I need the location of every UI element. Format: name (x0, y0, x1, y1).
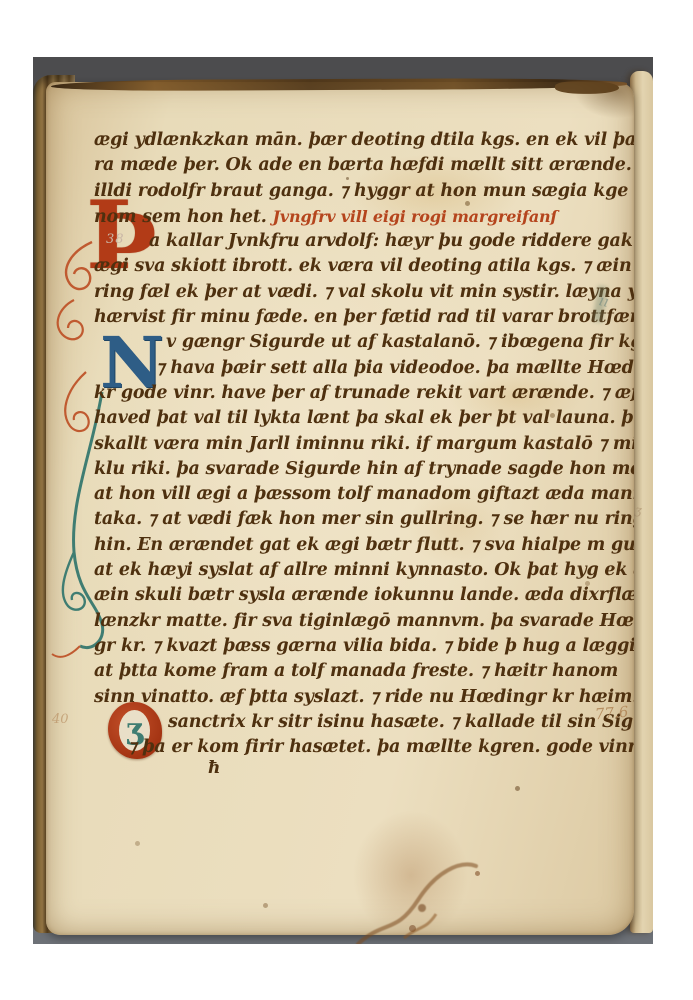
text-line: ra mæde þer. Ok ade en bærta hæfdi mællt… (94, 153, 634, 178)
margin-number-left: 40 (52, 712, 69, 727)
text-line: ægi sva skiott ibrott. ek væra vil deoti… (94, 254, 634, 279)
text-line: a kallar Jvnkfru arvdolf: hæyr þu gode r… (94, 229, 634, 254)
rubric-heading: Jvngfrv vill eigi rogi margreifanſ (273, 207, 558, 226)
text-line-with-rubric: nom sem hon het. Jvngfrv vill eigi rogi … (94, 204, 634, 229)
text-line: sanctrix kr sitr isinu hasæte. ⁊ kallade… (94, 710, 634, 735)
text-line: klu riki. þa svarade Sigurde hin af tryn… (94, 457, 634, 482)
text-line: ⁊ hava þæir sett alla þia videodoe. þa m… (94, 356, 634, 381)
text-line: gr kr. ⁊ kvazt þæss gærna vilia bida. ⁊ … (94, 634, 634, 659)
text-line: hærvist fir minu fæde. en þer fætid rad … (94, 305, 634, 330)
text-line: at þtta kome fram a tolf manada freste. … (94, 659, 634, 684)
text-block: ægi ydlænkzkan mān. þær deoting dtila kg… (94, 128, 634, 760)
ink-specks (46, 82, 49, 85)
text-line: haved þat val til lykta lænt þa skal ek … (94, 406, 634, 431)
text-line: at ek hæyi syslat af allre minni kynnast… (94, 558, 634, 583)
parchment-page: Þ 38 N ʒ ægi ydlænkzkan mān. þær deoting… (46, 82, 634, 935)
page-top-edge (51, 78, 627, 92)
text-line: kr gode vinr. have þer af trunade rekit … (94, 381, 634, 406)
text-line: hin. En ærændet gat ek ægi bætr flutt. ⁊… (94, 533, 634, 558)
text-line: at hon vill ægi a þæssom tolf manadom gi… (94, 482, 634, 507)
text-line: ægi ydlænkzkan mān. þær deoting dtila kg… (94, 128, 634, 153)
text-line: æin skuli bætr sysla ærænde iokunnu land… (94, 583, 634, 608)
text-line: sinn vinatto. æf þtta syslazt. ⁊ ride nu… (94, 685, 634, 710)
ink-stain-scribble (344, 842, 494, 944)
text-line: v gængr Sigurde ut af kastalanō. ⁊ ibœge… (94, 330, 634, 355)
text-line: lænzkr matte. fir sva tiginlægō mannvm. … (94, 609, 634, 634)
text-line: illdi rodolfr braut ganga. ⁊ hyggr at ho… (94, 179, 634, 204)
manuscript-photo: ʒ Þ 38 N ʒ ægi ydlænkzkan mān. þær deoti… (33, 57, 653, 944)
text-line: ring fæl ek þer at vædi. ⁊ val skolu vit… (94, 280, 634, 305)
leaf-edge-mark: ʒ (634, 503, 643, 518)
margin-number-right: 77.6 (594, 703, 629, 724)
text-line: ⁊ þa er kom firir hasætet. þa mællte kgr… (94, 735, 634, 760)
text-line: skallt væra min Jarll iminnu riki. if ma… (94, 432, 634, 457)
catchword-mark: ħ (208, 758, 220, 778)
text-line: taka. ⁊ at vædi fæk hon mer sin gullring… (94, 507, 634, 532)
text-segment: nom sem hon het. (94, 207, 273, 227)
